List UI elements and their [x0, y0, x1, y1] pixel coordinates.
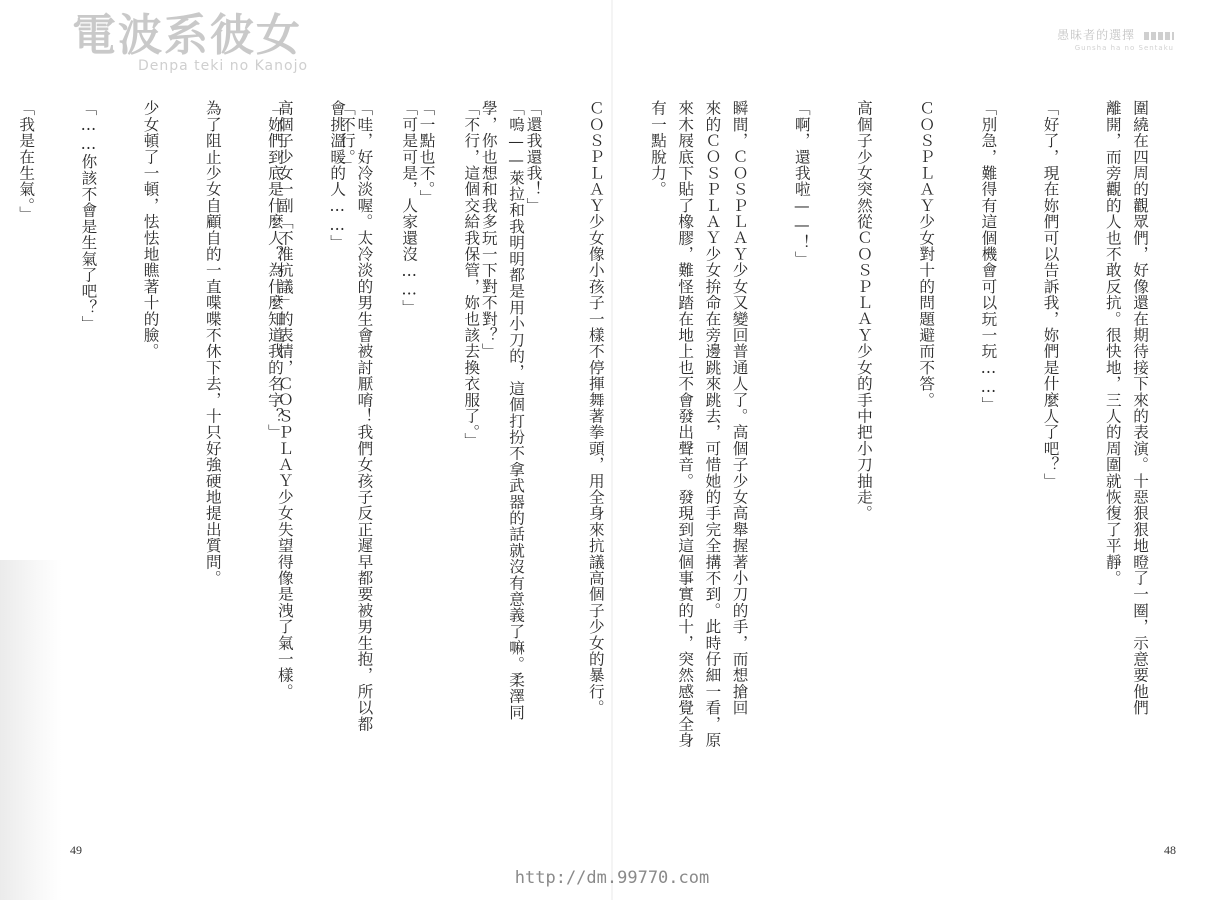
watermark-url: http://dm.99770.com [0, 868, 1224, 888]
text-column: 「……你該不會是生氣了吧？」 [74, 100, 136, 760]
text-column: 「好了，現在妳們可以告訴我，妳們是什麼人了吧？」 [1036, 100, 1098, 760]
chapter-ornament-icon [1144, 32, 1174, 40]
page-right: 愚昧者的選擇 Gunsha ha no Sentaku 圍繞在四周的觀眾們，好像… [612, 0, 1224, 900]
text-column: 圍繞在四周的觀眾們，好像還在期待接下來的表演。十惡狠狠地瞪了一圈，示意要他們 [1126, 100, 1188, 760]
text-column: 少女頓了一頓，怯怯地瞧著十的臉。 [136, 100, 198, 760]
text-column: 瞬間，ＣＯＳＰＬＡＹ少女又變回普通人了。高個子少女高舉握著小刀的手，而想搶回 [725, 100, 787, 760]
text-column: 高個子少女一副「不准抗議」的表情，ＣＯＳＰＬＡＹ少女失望得像是洩了氣一樣。 [271, 100, 333, 760]
text-column: 高個子少女突然從ＣＯＳＰＬＡＹ少女的手中把小刀抽走。 [850, 100, 912, 760]
series-title: 電波系彼女 [72, 14, 302, 58]
text-column: 「我是在生氣。」 [12, 100, 74, 760]
chapter-title-text: 愚昧者的選擇 [1057, 28, 1135, 42]
book-spread: 電波系彼女 Denpa teki no Kanojo 「嗚——萊拉和我明明都是用… [0, 0, 1224, 900]
text-column: 「可是可是，人家還沒……」 [395, 100, 457, 760]
text-column: 「不行，這個交給我保管，妳也該去換衣服了。」 [457, 100, 519, 760]
text-column: ＣＯＳＰＬＡＹ少女對十的問題避而不答。 [912, 100, 974, 760]
text-column: 「別急，難得有這個機會可以玩一玩……」 [974, 100, 1036, 760]
text-column: 來木屐底下貼了橡膠，難怪踏在地上也不會發出聲音。發現到這個事實的十，突然感覺全身 [671, 100, 698, 760]
series-romaji: Denpa teki no Kanojo [138, 58, 308, 74]
page-number-left: 49 [70, 843, 82, 858]
text-column: 離開，而旁觀的人也不敢反抗。很快地，三人的周圍就恢復了平靜。 [1099, 100, 1126, 760]
text-column: 為了阻止少女自顧自的一直喋喋不休下去，十只好強硬地提出質問。 [199, 100, 261, 760]
chapter-title: 愚昧者的選擇 [1057, 26, 1174, 43]
text-column: 「那我不告訴你。」 [0, 100, 12, 760]
text-column: ＣＯＳＰＬＡＹ少女像小孩子一樣不停揮舞著拳頭，用全身來抗議高個子少女的暴行。 [582, 100, 644, 760]
body-text-right: 圍繞在四周的觀眾們，好像還在期待接下來的表演。十惡狠狠地瞪了一圈，示意要他們離開… [271, 100, 1188, 760]
text-column: 「還我還我！」 [519, 100, 581, 760]
text-column: 來的ＣＯＳＰＬＡＹ少女拚命在旁邊跳來跳去，可惜她的手完全搆不到。此時仔細一看，原 [698, 100, 725, 760]
page-number-right: 48 [1164, 843, 1176, 858]
text-column: 有一點脫力。 [644, 100, 671, 760]
text-column: 「不行。」 [333, 100, 395, 760]
text-column: 「啊，還我啦——！」 [788, 100, 850, 760]
chapter-romaji: Gunsha ha no Sentaku [1075, 44, 1174, 52]
